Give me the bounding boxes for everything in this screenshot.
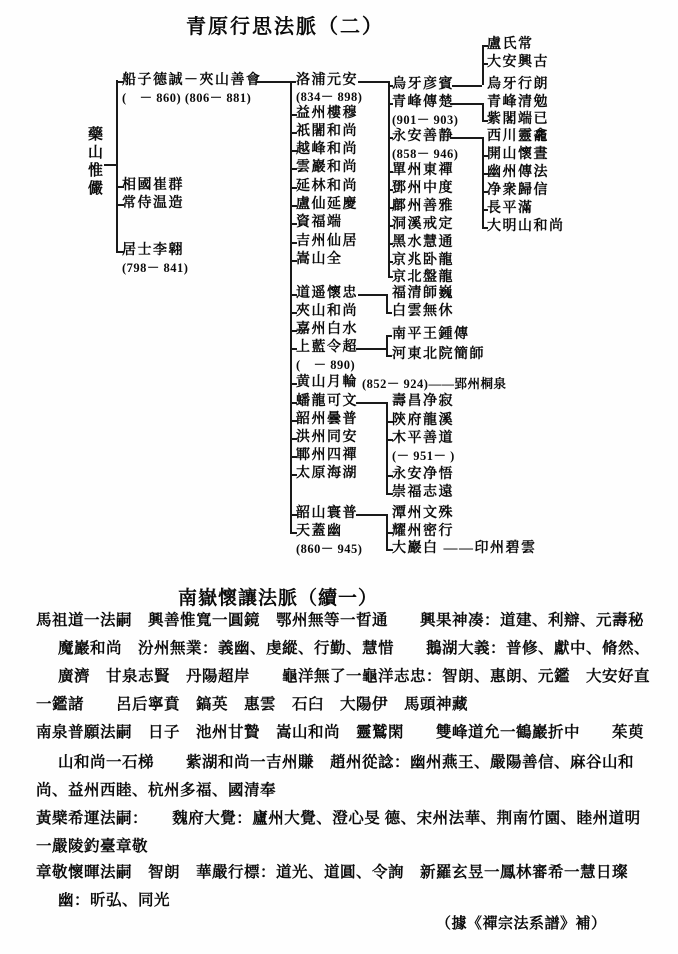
connector-line <box>290 420 297 422</box>
tree-node-luopu: 洛浦元安 <box>296 73 358 89</box>
connector-line <box>116 204 124 206</box>
connector-line <box>290 205 297 207</box>
tree-node-jiashan-hs: 夾山和尚 <box>296 304 358 320</box>
tree-node-qingfeng: 青峰傳楚 <box>392 95 454 111</box>
connector-line <box>290 312 297 314</box>
tree-node-tiangai: 天蓋幽 <box>296 524 343 540</box>
tree-node-tanzhou: 潭州文殊 <box>392 506 454 522</box>
tree-node-chuanzi-jiashan: 船子德誠－夾山善會 <box>122 73 262 89</box>
lineage-line-text: 一鑑諸 呂后寧賁 鎬英 惠雲 石臼 大陽伊 馬頭神藏 <box>36 696 468 713</box>
tree-node-yongan-dates: (858－ 946) <box>392 146 458 162</box>
connector-line <box>482 45 488 47</box>
tree-node-yongan: 永安善静 <box>392 129 454 145</box>
connector-line <box>386 421 393 423</box>
connector-line <box>386 335 392 337</box>
lineage-line-lead: 南泉普願法嗣 <box>36 724 132 741</box>
tree-node-zifu: 資福端 <box>296 215 343 231</box>
connector-line <box>290 150 297 152</box>
connector-line <box>356 402 386 404</box>
lineage-line-7: 尚、益州西睦、杭州多福、國清奉 <box>36 778 276 800</box>
tree-node-dayan: 大巖白 ——印州碧雲 <box>392 541 537 557</box>
connector-line <box>290 242 297 244</box>
connector-line <box>386 493 393 495</box>
tree-node-youzhou: 幽州傳法 <box>487 165 549 181</box>
connector-line <box>388 171 393 173</box>
page-canvas: 青原行思法脈（二） 南嶽懷讓法脈（續一） 藥山惟儼 船子德誠－夾山善會( － 8… <box>0 0 678 954</box>
tree-node-chuanzi-dates: ( － 860) (806－ 881) <box>122 90 251 106</box>
tree-node-qingfeng-qingmian: 青峰清勉 <box>487 95 549 111</box>
connector-line <box>386 355 392 357</box>
connector-line <box>104 164 116 166</box>
connector-line <box>290 348 297 350</box>
connector-line <box>386 439 393 441</box>
tree-node-shanglan-dates: ( － 890) <box>296 357 355 373</box>
tree-node-changping: 長平滿 <box>487 201 534 217</box>
lineage-line-4: 一鑑諸 呂后寧賁 鎬英 惠雲 石臼 大陽伊 馬頭神藏 <box>36 692 468 714</box>
connector-line <box>358 81 388 83</box>
connector-line <box>290 132 297 134</box>
connector-line <box>388 207 393 209</box>
lineage-line-text: 興善惟寬一圓鏡 鄂州無等一晢通 興果神凑：道建、利辯、元壽秘 <box>132 612 644 629</box>
lineage-line-text: 魔巖和尚 汾州無業：義幽、虔縱、行勤、慧惜 鵝湖大義：普修、獻中、脩然、 <box>58 640 650 657</box>
tree-node-nanping: 南平王鍾傳 <box>392 327 470 343</box>
connector-line <box>482 155 488 157</box>
tree-node-shanglan: 上藍令超 <box>296 340 358 356</box>
tree-node-jushi: 居士李翶 <box>122 243 184 259</box>
lineage-line-lead: 馬祖道一法嗣 <box>36 612 132 629</box>
connector-line <box>290 532 297 534</box>
connector-line <box>386 294 388 312</box>
tree-node-yunzhou: 鄆州四禪 <box>296 448 358 464</box>
connector-line <box>290 260 297 262</box>
connector-line <box>388 276 393 278</box>
tree-root-yaoshan-weiyan: 藥山惟儼 <box>84 126 105 198</box>
connector-line <box>388 137 393 139</box>
connector-line <box>450 103 482 105</box>
tree-node-muping: 木平善道 <box>392 431 454 447</box>
connector-line <box>450 137 482 139</box>
lineage-line-8: 黃檗希運法嗣： 魏府大覺：廬州大覺、澄心旻 德、宋州法華、荆南竹園、睦州道明 <box>36 806 641 828</box>
lineage-line-lead: 章敬懷暉法嗣 <box>36 864 132 881</box>
connector-line <box>290 114 297 116</box>
lineage-line-text: 魏府大覺：廬州大覺、澄心旻 德、宋州法華、荆南竹園、睦州道明 <box>140 810 640 827</box>
tree-node-luopu-dates: (834－ 898) <box>296 89 362 105</box>
tree-node-yaozhou: 耀州密行 <box>392 524 454 540</box>
tree-node-jingzhong: 净衆歸信 <box>487 183 549 199</box>
tree-node-yizhou: 益州樓穆 <box>296 106 358 122</box>
tree-node-taiyuan: 太原海湖 <box>296 466 358 482</box>
tree-node-muping-dates: (－ 951－ ) <box>392 448 455 464</box>
lineage-line-2: 魔巖和尚 汾州無業：義幽、虔縱、行勤、慧惜 鵝湖大義：普修、獻中、脩然、 <box>58 636 650 658</box>
tree-node-qingfeng-dates: (901－ 903) <box>392 112 458 128</box>
connector-line <box>290 168 297 170</box>
lineage-line-5: 南泉普願法嗣 日子 池州甘贄 嵩山和尚 靈鷲閑 雙峰道允一鶴巖折中 茱萸 <box>36 720 644 742</box>
connector-line <box>290 81 292 532</box>
tree-node-yunyan: 雲巖和尚 <box>296 160 358 176</box>
lineage-line-text: 智朗 華嚴行標：道光、道圓、令詢 新羅玄昱一鳳林審希一慧日璨 <box>132 864 628 881</box>
tree-node-baiyun: 白雲無休 <box>392 304 454 320</box>
lineage-line-6: 山和尚一石梯 紫湖和尚一吉州賺 趙州從諗：幽州燕王、嚴陽善信、麻谷山和 <box>58 750 634 772</box>
tree-node-luxian: 盧仙延慶 <box>296 197 358 213</box>
tree-node-tiangai-dates: (860－ 945) <box>296 541 362 557</box>
tree-node-panlong: 蟠龍可文 <box>296 394 358 410</box>
lineage-line-9: 一嚴陵釣臺章敬 <box>36 834 148 856</box>
connector-line <box>388 225 393 227</box>
tree-node-wuya: 烏牙彦賓 <box>392 77 454 93</box>
page-title-qingyuan: 青原行思法脈（二） <box>186 10 384 39</box>
tree-node-yongan-jw: 永安净悟 <box>392 467 454 483</box>
lineage-line-text: 山和尚一石梯 紫湖和尚一吉州賺 趙州從諗：幽州燕王、嚴陽善信、麻谷山和 <box>58 754 634 771</box>
lineage-line-text: 幽：昕弘、同光 <box>58 892 170 909</box>
connector-line <box>290 514 297 516</box>
tree-node-xiangguo: 相國崔群 <box>122 178 184 194</box>
lineage-line-text: 尚、益州西睦、杭州多福、國清奉 <box>36 782 276 799</box>
connector-line <box>482 120 488 122</box>
lineage-line-11: 幽：昕弘、同光 <box>58 888 170 910</box>
tree-node-jiazhou: 嘉州白水 <box>296 322 358 338</box>
connector-line <box>388 85 393 87</box>
lineage-line-1: 馬祖道一法嗣 興善惟寬一圓鏡 鄂州無等一晢通 興果神凑：道建、利辯、元壽秘 <box>36 608 644 630</box>
tree-node-huangshan-suffix: (852－ 924)——郢州桐泉 <box>362 376 506 392</box>
lineage-line-10: 章敬懷暉法嗣 智朗 華嚴行標：道光、道圓、令詢 新羅玄昱一鳳林審希一慧日璨 <box>36 860 628 882</box>
tree-node-daan-xinggu: 大安興古 <box>487 55 549 71</box>
connector-line <box>290 402 297 404</box>
connector-line <box>256 81 296 83</box>
connector-line <box>356 348 386 350</box>
connector-line <box>358 294 386 296</box>
connector-line <box>482 137 484 227</box>
connector-line <box>386 549 393 551</box>
tree-node-kaishan: 開山懷晝 <box>487 147 549 163</box>
tree-node-shanfu: 陝府龍溪 <box>392 413 454 429</box>
lineage-line-lead: 黃檗希運法嗣： <box>36 810 140 827</box>
tree-node-zige: 紫閣端已 <box>487 112 549 128</box>
connector-line <box>290 330 297 332</box>
connector-line <box>290 438 297 440</box>
source-note: （據《禪宗法系譜》補） <box>436 912 607 933</box>
tree-node-xichuan: 西川靈龕 <box>487 129 549 145</box>
connector-line <box>482 63 488 65</box>
tree-node-damingshan: 大明山和尚 <box>487 219 565 235</box>
connector-line <box>290 383 297 385</box>
tree-node-hedong: 河東北院簡師 <box>392 347 485 363</box>
connector-line <box>386 312 392 314</box>
connector-line <box>482 209 488 211</box>
connector-line <box>356 514 386 516</box>
tree-node-heishui: 黑水慧通 <box>392 235 454 251</box>
lineage-line-text: 一嚴陵釣臺章敬 <box>36 838 148 855</box>
lineage-line-3: 廣濟 甘泉志賢 丹陽超岸 龜洋無了一龜洋志忠：智朗、惠朗、元鑑 大安好直 <box>58 664 650 686</box>
tree-node-jingzhao: 京兆卧龍 <box>392 253 454 269</box>
tree-node-fuzhou: 鄜州善雅 <box>392 199 454 215</box>
connector-line <box>290 223 297 225</box>
tree-node-dengzhou: 鄧州中度 <box>392 181 454 197</box>
lineage-line-text: 廣濟 甘泉志賢 丹陽超岸 龜洋無了一龜洋志忠：智朗、惠朗、元鑑 大安好直 <box>58 668 650 685</box>
connector-line <box>482 227 488 229</box>
connector-line <box>290 456 297 458</box>
tree-node-shaoshan: 韶山寰普 <box>296 506 358 522</box>
connector-line <box>388 243 393 245</box>
tree-node-dongxi: 洞溪戒定 <box>392 217 454 233</box>
tree-node-daoyao: 道遥懷忠 <box>296 286 358 302</box>
tree-node-hongzhou: 洪州同安 <box>296 430 358 446</box>
tree-node-fuqing: 福清師巍 <box>392 286 454 302</box>
tree-node-yanlin: 延林和尚 <box>296 179 358 195</box>
connector-line <box>116 186 124 188</box>
page-title-nanyue: 南嶽懷讓法脈（續一） <box>178 583 378 610</box>
tree-node-jizhou-xianju: 吉州仙居 <box>296 234 358 250</box>
tree-node-chongfu: 崇福志遠 <box>392 485 454 501</box>
tree-node-shouchang: 壽昌净寂 <box>392 394 454 410</box>
tree-node-shaozhou: 韶州曇普 <box>296 412 358 428</box>
connector-line <box>116 81 124 83</box>
tree-node-lushi: 盧氏常 <box>487 37 534 53</box>
connector-line <box>386 402 388 493</box>
tree-node-huangshan: 黄山月輪 <box>296 375 358 391</box>
tree-node-yuefeng: 越峰和尚 <box>296 142 358 158</box>
tree-node-wuya-xinglang: 烏牙行朗 <box>487 77 549 93</box>
tree-node-changshi: 常侍温造 <box>122 196 184 212</box>
connector-line <box>388 103 393 105</box>
tree-node-jingbei: 京北盤龍 <box>392 270 454 286</box>
connector-line <box>116 80 118 252</box>
lineage-line-text: 日子 池州甘贄 嵩山和尚 靈鷲閑 雙峰道允一鶴巖折中 茱萸 <box>132 724 644 741</box>
tree-node-songshan: 嵩山全 <box>296 252 343 268</box>
connector-line <box>388 189 393 191</box>
connector-line <box>482 103 484 120</box>
connector-line <box>290 294 297 296</box>
connector-line <box>386 532 393 534</box>
connector-line <box>290 474 297 476</box>
connector-line <box>452 85 482 87</box>
tree-node-danzhou: 單州東禪 <box>392 163 454 179</box>
connector-line <box>386 475 393 477</box>
connector-line <box>482 191 488 193</box>
tree-node-jushi-dates: (798－ 841) <box>122 260 188 276</box>
connector-line <box>482 45 484 85</box>
connector-line <box>116 251 124 253</box>
connector-line <box>290 187 297 189</box>
tree-node-qidu: 祇闍和尚 <box>296 124 358 140</box>
connector-line <box>482 173 488 175</box>
connector-line <box>386 335 388 355</box>
connector-line <box>388 261 393 263</box>
connector-line <box>388 81 390 278</box>
